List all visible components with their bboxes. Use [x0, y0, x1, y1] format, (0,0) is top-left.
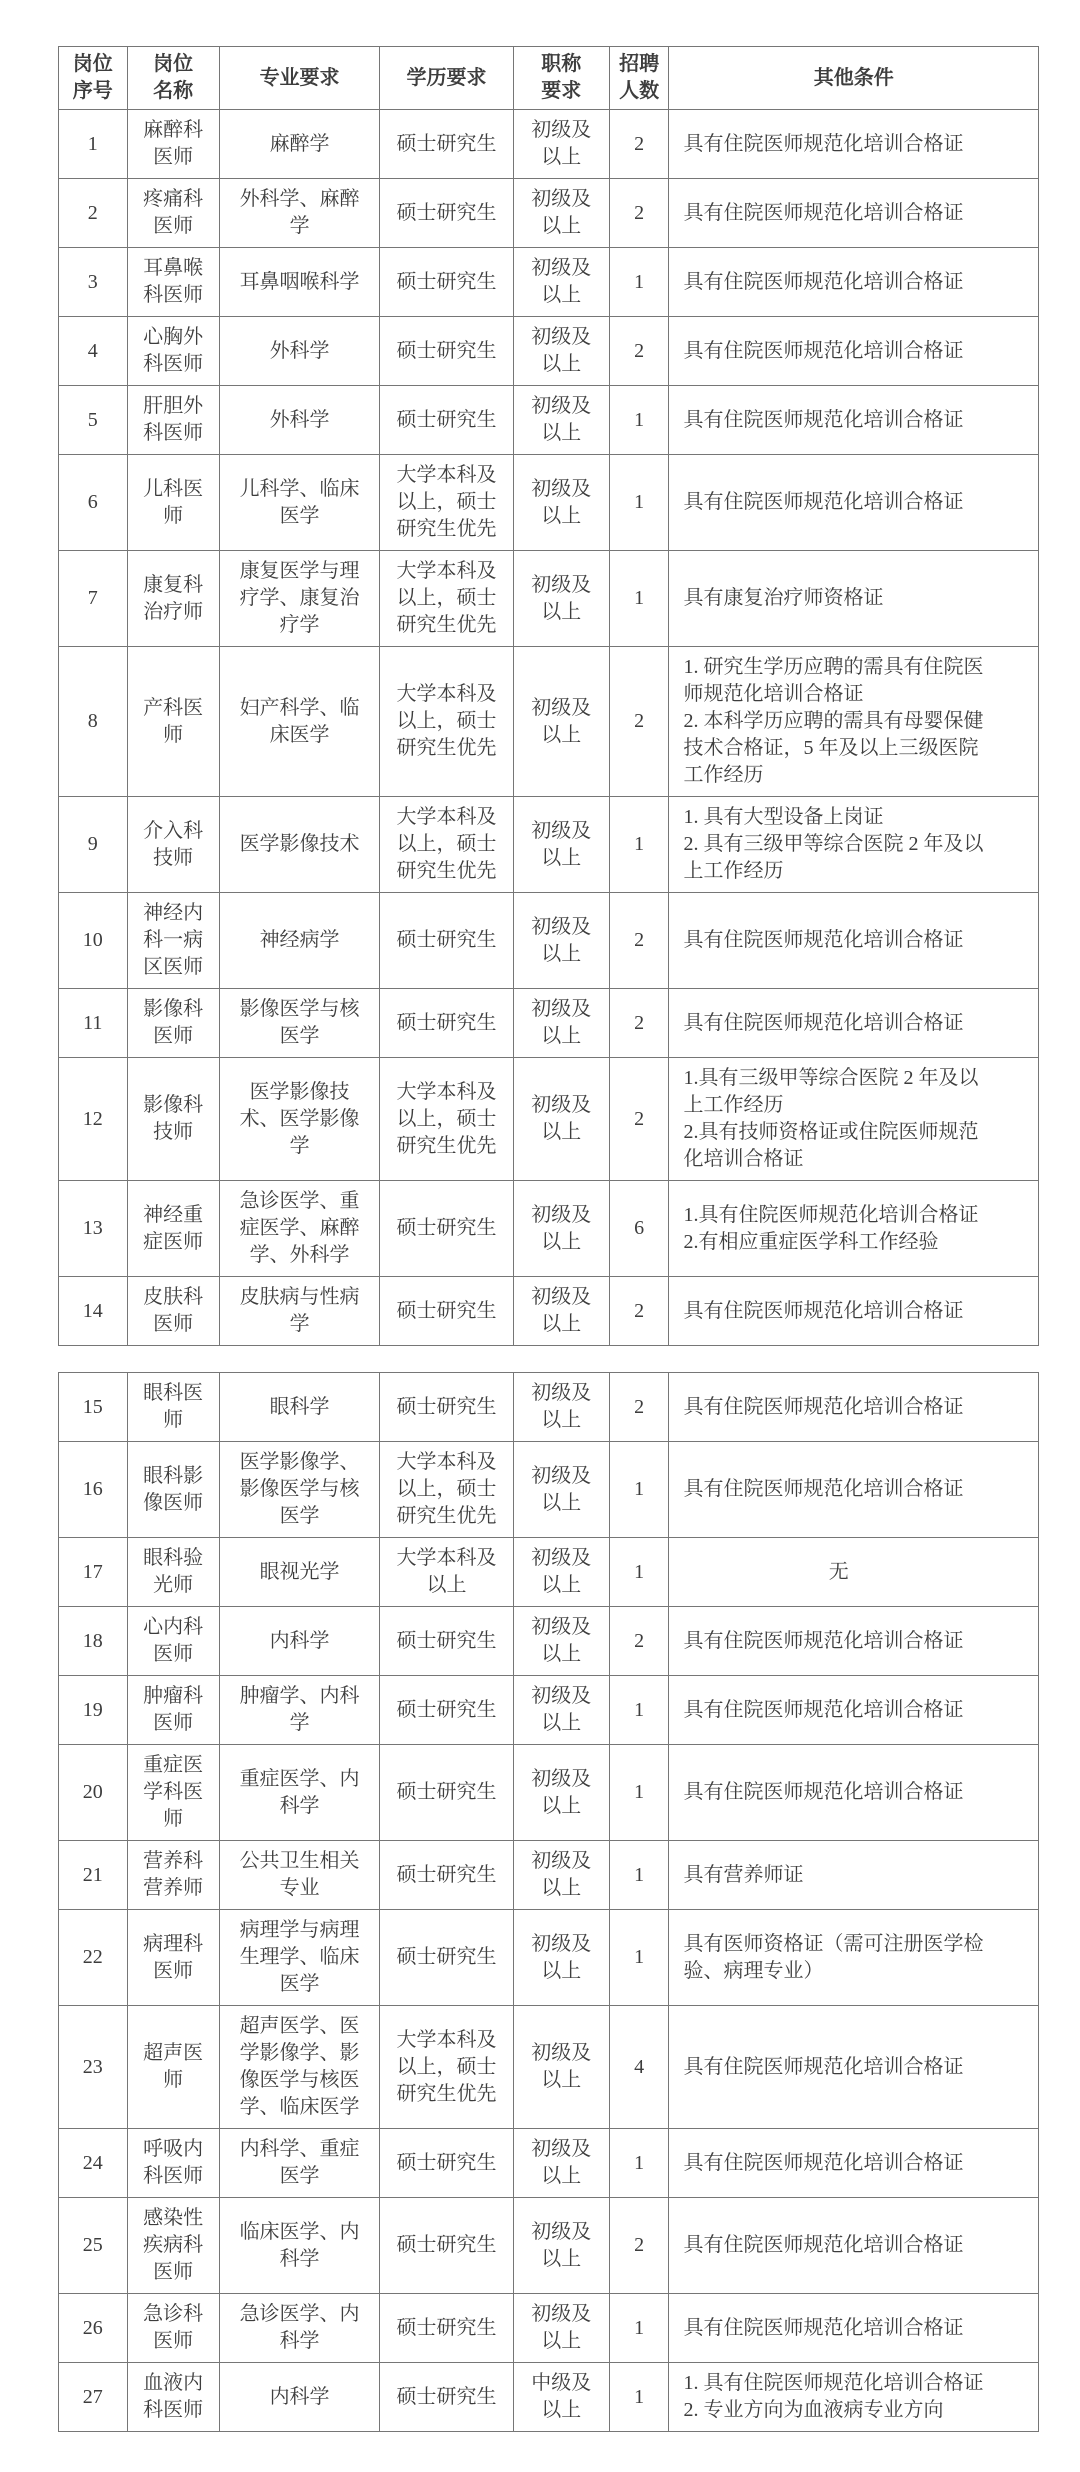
cell-education-requirement: 硕士研究生 — [380, 317, 513, 386]
cell-position-number: 7 — [59, 551, 128, 647]
cell-title-requirement: 初级及以上 — [513, 179, 609, 248]
other-condition-line: 1. 具有大型设备上岗证 — [683, 804, 994, 831]
other-condition-line: 具有住院医师规范化培训合格证 — [683, 1779, 994, 1806]
cell-recruit-count: 1 — [609, 1910, 669, 2006]
cell-other-conditions: 1. 研究生学历应聘的需具有住院医师规范化培训合格证2. 本科学历应聘的需具有母… — [669, 647, 1039, 797]
cell-recruit-count: 2 — [609, 893, 669, 989]
cell-position-name: 血液内科医师 — [127, 2363, 219, 2432]
cell-education-requirement: 硕士研究生 — [380, 1373, 513, 1442]
cell-recruit-count: 2 — [609, 1277, 669, 1346]
cell-position-number: 4 — [59, 317, 128, 386]
cell-other-conditions: 1. 具有大型设备上岗证2. 具有三级甲等综合医院 2 年及以上工作经历 — [669, 797, 1039, 893]
cell-major-requirement: 内科学 — [219, 1607, 380, 1676]
cell-major-requirement: 麻醉学 — [219, 110, 380, 179]
cell-position-name: 介入科技师 — [127, 797, 219, 893]
cell-recruit-count: 2 — [609, 1058, 669, 1181]
cell-other-conditions: 具有住院医师规范化培训合格证 — [669, 317, 1039, 386]
cell-education-requirement: 硕士研究生 — [380, 386, 513, 455]
table-row: 10神经内科一病区医师神经病学硕士研究生初级及以上2具有住院医师规范化培训合格证 — [59, 893, 1039, 989]
cell-position-name: 影像科医师 — [127, 989, 219, 1058]
header-position-number: 岗位 序号 — [59, 47, 128, 110]
cell-position-name: 康复科治疗师 — [127, 551, 219, 647]
cell-position-number: 26 — [59, 2294, 128, 2363]
cell-position-name: 肝胆外科医师 — [127, 386, 219, 455]
cell-major-requirement: 外科学 — [219, 386, 380, 455]
cell-position-name: 眼科影像医师 — [127, 1442, 219, 1538]
other-condition-line: 2.具有技师资格证或住院医师规范化培训合格证 — [683, 1119, 994, 1173]
table-row: 3耳鼻喉科医师耳鼻咽喉科学硕士研究生初级及以上1具有住院医师规范化培训合格证 — [59, 248, 1039, 317]
cell-recruit-count: 1 — [609, 455, 669, 551]
cell-position-number: 1 — [59, 110, 128, 179]
other-condition-line: 具有住院医师规范化培训合格证 — [683, 200, 994, 227]
cell-title-requirement: 初级及以上 — [513, 1841, 609, 1910]
other-condition-line: 具有住院医师规范化培训合格证 — [683, 1697, 994, 1724]
cell-recruit-count: 6 — [609, 1181, 669, 1277]
cell-education-requirement: 硕士研究生 — [380, 1607, 513, 1676]
cell-position-number: 8 — [59, 647, 128, 797]
cell-title-requirement: 初级及以上 — [513, 2006, 609, 2129]
cell-recruit-count: 2 — [609, 1373, 669, 1442]
cell-position-number: 23 — [59, 2006, 128, 2129]
cell-other-conditions: 具有住院医师规范化培训合格证 — [669, 248, 1039, 317]
cell-position-name: 眼科验光师 — [127, 1538, 219, 1607]
cell-recruit-count: 1 — [609, 1538, 669, 1607]
other-condition-line: 具有住院医师规范化培训合格证 — [683, 1394, 994, 1421]
cell-major-requirement: 神经病学 — [219, 893, 380, 989]
cell-title-requirement: 初级及以上 — [513, 1277, 609, 1346]
cell-major-requirement: 临床医学、内科学 — [219, 2198, 380, 2294]
cell-education-requirement: 硕士研究生 — [380, 110, 513, 179]
cell-major-requirement: 儿科学、临床医学 — [219, 455, 380, 551]
cell-other-conditions: 具有住院医师规范化培训合格证 — [669, 1607, 1039, 1676]
cell-position-name: 神经重症医师 — [127, 1181, 219, 1277]
cell-other-conditions: 无 — [669, 1538, 1039, 1607]
cell-education-requirement: 大学本科及以上，硕士研究生优先 — [380, 2006, 513, 2129]
cell-major-requirement: 医学影像技术 — [219, 797, 380, 893]
other-condition-line: 2.有相应重症医学科工作经验 — [683, 1229, 994, 1256]
cell-position-name: 心内科医师 — [127, 1607, 219, 1676]
header-title-requirement: 职称 要求 — [513, 47, 609, 110]
cell-major-requirement: 重症医学、内科学 — [219, 1745, 380, 1841]
cell-major-requirement: 公共卫生相关专业 — [219, 1841, 380, 1910]
other-condition-line: 具有住院医师规范化培训合格证 — [683, 2315, 994, 2342]
cell-major-requirement: 急诊医学、重症医学、麻醉学、外科学 — [219, 1181, 380, 1277]
cell-recruit-count: 1 — [609, 386, 669, 455]
other-condition-line: 1.具有三级甲等综合医院 2 年及以上工作经历 — [683, 1065, 994, 1119]
cell-education-requirement: 硕士研究生 — [380, 1676, 513, 1745]
cell-education-requirement: 硕士研究生 — [380, 1745, 513, 1841]
cell-recruit-count: 2 — [609, 989, 669, 1058]
scanned-document-page: 岗位 序号 岗位 名称 专业要求 学历要求 职称 要求 招聘 人数 其他条件 1… — [0, 0, 1080, 2472]
cell-position-name: 影像科技师 — [127, 1058, 219, 1181]
cell-recruit-count: 1 — [609, 1841, 669, 1910]
other-condition-line: 具有住院医师规范化培训合格证 — [683, 2232, 994, 2259]
cell-title-requirement: 初级及以上 — [513, 386, 609, 455]
cell-position-number: 24 — [59, 2129, 128, 2198]
other-condition-line: 具有住院医师规范化培训合格证 — [683, 2054, 994, 2081]
other-condition-line: 具有住院医师规范化培训合格证 — [683, 1010, 994, 1037]
table-row: 27血液内科医师内科学硕士研究生中级及以上11. 具有住院医师规范化培训合格证2… — [59, 2363, 1039, 2432]
other-condition-line: 具有住院医师规范化培训合格证 — [683, 131, 994, 158]
cell-position-name: 重症医学科医师 — [127, 1745, 219, 1841]
table-row: 11影像科医师影像医学与核医学硕士研究生初级及以上2具有住院医师规范化培训合格证 — [59, 989, 1039, 1058]
cell-title-requirement: 初级及以上 — [513, 455, 609, 551]
other-condition-line: 具有康复治疗师资格证 — [683, 585, 994, 612]
cell-major-requirement: 医学影像技术、医学影像学 — [219, 1058, 380, 1181]
cell-recruit-count: 1 — [609, 2363, 669, 2432]
cell-recruit-count: 2 — [609, 2198, 669, 2294]
cell-education-requirement: 大学本科及以上，硕士研究生优先 — [380, 797, 513, 893]
cell-other-conditions: 具有住院医师规范化培训合格证 — [669, 2006, 1039, 2129]
table-row: 2疼痛科医师外科学、麻醉学硕士研究生初级及以上2具有住院医师规范化培训合格证 — [59, 179, 1039, 248]
cell-position-number: 25 — [59, 2198, 128, 2294]
cell-title-requirement: 初级及以上 — [513, 647, 609, 797]
other-condition-line: 具有住院医师规范化培训合格证 — [683, 2150, 994, 2177]
cell-recruit-count: 1 — [609, 2129, 669, 2198]
cell-other-conditions: 具有住院医师规范化培训合格证 — [669, 893, 1039, 989]
cell-title-requirement: 初级及以上 — [513, 1538, 609, 1607]
cell-other-conditions: 具有营养师证 — [669, 1841, 1039, 1910]
cell-position-number: 20 — [59, 1745, 128, 1841]
other-condition-line: 无 — [683, 1559, 994, 1586]
other-condition-line: 2. 专业方向为血液病专业方向 — [683, 2397, 994, 2424]
table-row: 16眼科影像医师医学影像学、影像医学与核医学大学本科及以上，硕士研究生优先初级及… — [59, 1442, 1039, 1538]
other-condition-line: 1. 研究生学历应聘的需具有住院医师规范化培训合格证 — [683, 654, 994, 708]
cell-education-requirement: 硕士研究生 — [380, 1910, 513, 2006]
table-row: 1麻醉科医师麻醉学硕士研究生初级及以上2具有住院医师规范化培训合格证 — [59, 110, 1039, 179]
cell-position-number: 10 — [59, 893, 128, 989]
recruitment-table-part-1: 岗位 序号 岗位 名称 专业要求 学历要求 职称 要求 招聘 人数 其他条件 1… — [58, 46, 1039, 1346]
cell-education-requirement: 硕士研究生 — [380, 989, 513, 1058]
cell-position-name: 麻醉科医师 — [127, 110, 219, 179]
cell-other-conditions: 具有医师资格证（需可注册医学检验、病理专业） — [669, 1910, 1039, 2006]
header-major-requirement: 专业要求 — [219, 47, 380, 110]
cell-recruit-count: 1 — [609, 248, 669, 317]
cell-title-requirement: 初级及以上 — [513, 2129, 609, 2198]
cell-recruit-count: 1 — [609, 1676, 669, 1745]
cell-position-name: 肿瘤科医师 — [127, 1676, 219, 1745]
cell-position-name: 急诊科医师 — [127, 2294, 219, 2363]
header-row: 岗位 序号 岗位 名称 专业要求 学历要求 职称 要求 招聘 人数 其他条件 — [59, 47, 1039, 110]
cell-title-requirement: 初级及以上 — [513, 2198, 609, 2294]
cell-position-number: 17 — [59, 1538, 128, 1607]
table-row: 13神经重症医师急诊医学、重症医学、麻醉学、外科学硕士研究生初级及以上61.具有… — [59, 1181, 1039, 1277]
cell-position-number: 13 — [59, 1181, 128, 1277]
cell-recruit-count: 2 — [609, 647, 669, 797]
cell-other-conditions: 具有住院医师规范化培训合格证 — [669, 989, 1039, 1058]
cell-title-requirement: 初级及以上 — [513, 1442, 609, 1538]
cell-major-requirement: 眼科学 — [219, 1373, 380, 1442]
cell-other-conditions: 具有住院医师规范化培训合格证 — [669, 2129, 1039, 2198]
header-position-name: 岗位 名称 — [127, 47, 219, 110]
cell-position-number: 16 — [59, 1442, 128, 1538]
cell-title-requirement: 初级及以上 — [513, 1745, 609, 1841]
cell-education-requirement: 硕士研究生 — [380, 2198, 513, 2294]
cell-position-number: 2 — [59, 179, 128, 248]
cell-recruit-count: 1 — [609, 1745, 669, 1841]
cell-position-number: 18 — [59, 1607, 128, 1676]
cell-education-requirement: 大学本科及以上，硕士研究生优先 — [380, 455, 513, 551]
table-row: 21营养科营养师公共卫生相关专业硕士研究生初级及以上1具有营养师证 — [59, 1841, 1039, 1910]
other-condition-line: 具有住院医师规范化培训合格证 — [683, 269, 994, 296]
cell-other-conditions: 具有住院医师规范化培训合格证 — [669, 110, 1039, 179]
cell-title-requirement: 初级及以上 — [513, 1058, 609, 1181]
table-row: 9介入科技师医学影像技术大学本科及以上，硕士研究生优先初级及以上11. 具有大型… — [59, 797, 1039, 893]
cell-recruit-count: 2 — [609, 110, 669, 179]
table-row: 6儿科医师儿科学、临床医学大学本科及以上，硕士研究生优先初级及以上1具有住院医师… — [59, 455, 1039, 551]
cell-position-name: 神经内科一病区医师 — [127, 893, 219, 989]
cell-position-number: 9 — [59, 797, 128, 893]
cell-title-requirement: 初级及以上 — [513, 317, 609, 386]
cell-other-conditions: 具有住院医师规范化培训合格证 — [669, 1676, 1039, 1745]
cell-title-requirement: 初级及以上 — [513, 989, 609, 1058]
cell-position-number: 12 — [59, 1058, 128, 1181]
cell-education-requirement: 硕士研究生 — [380, 248, 513, 317]
table-row: 7康复科治疗师康复医学与理疗学、康复治疗学大学本科及以上，硕士研究生优先初级及以… — [59, 551, 1039, 647]
cell-recruit-count: 1 — [609, 551, 669, 647]
cell-major-requirement: 康复医学与理疗学、康复治疗学 — [219, 551, 380, 647]
other-condition-line: 具有住院医师规范化培训合格证 — [683, 489, 994, 516]
table-row: 18心内科医师内科学硕士研究生初级及以上2具有住院医师规范化培训合格证 — [59, 1607, 1039, 1676]
cell-position-number: 22 — [59, 1910, 128, 2006]
cell-major-requirement: 内科学、重症医学 — [219, 2129, 380, 2198]
cell-position-number: 6 — [59, 455, 128, 551]
header-education-requirement: 学历要求 — [380, 47, 513, 110]
cell-recruit-count: 2 — [609, 317, 669, 386]
cell-position-number: 15 — [59, 1373, 128, 1442]
cell-major-requirement: 皮肤病与性病学 — [219, 1277, 380, 1346]
cell-position-number: 19 — [59, 1676, 128, 1745]
cell-title-requirement: 初级及以上 — [513, 1676, 609, 1745]
cell-major-requirement: 妇产科学、临床医学 — [219, 647, 380, 797]
cell-title-requirement: 初级及以上 — [513, 893, 609, 989]
cell-education-requirement: 大学本科及以上，硕士研究生优先 — [380, 1058, 513, 1181]
cell-major-requirement: 急诊医学、内科学 — [219, 2294, 380, 2363]
cell-other-conditions: 具有康复治疗师资格证 — [669, 551, 1039, 647]
cell-major-requirement: 外科学、麻醉学 — [219, 179, 380, 248]
table-row: 26急诊科医师急诊医学、内科学硕士研究生初级及以上1具有住院医师规范化培训合格证 — [59, 2294, 1039, 2363]
cell-position-number: 14 — [59, 1277, 128, 1346]
recruitment-table-part-2: 15眼科医师眼科学硕士研究生初级及以上2具有住院医师规范化培训合格证16眼科影像… — [58, 1372, 1039, 2432]
cell-position-name: 儿科医师 — [127, 455, 219, 551]
cell-other-conditions: 具有住院医师规范化培训合格证 — [669, 1277, 1039, 1346]
table-row: 5肝胆外科医师外科学硕士研究生初级及以上1具有住院医师规范化培训合格证 — [59, 386, 1039, 455]
cell-major-requirement: 外科学 — [219, 317, 380, 386]
cell-other-conditions: 具有住院医师规范化培训合格证 — [669, 2198, 1039, 2294]
cell-recruit-count: 2 — [609, 1607, 669, 1676]
cell-recruit-count: 1 — [609, 797, 669, 893]
cell-title-requirement: 初级及以上 — [513, 248, 609, 317]
cell-education-requirement: 大学本科及以上，硕士研究生优先 — [380, 1442, 513, 1538]
cell-title-requirement: 初级及以上 — [513, 2294, 609, 2363]
cell-position-name: 营养科营养师 — [127, 1841, 219, 1910]
cell-major-requirement: 肿瘤学、内科学 — [219, 1676, 380, 1745]
cell-title-requirement: 初级及以上 — [513, 1181, 609, 1277]
cell-position-number: 3 — [59, 248, 128, 317]
cell-education-requirement: 硕士研究生 — [380, 1841, 513, 1910]
cell-other-conditions: 具有住院医师规范化培训合格证 — [669, 386, 1039, 455]
cell-major-requirement: 内科学 — [219, 2363, 380, 2432]
cell-education-requirement: 硕士研究生 — [380, 1181, 513, 1277]
cell-other-conditions: 具有住院医师规范化培训合格证 — [669, 1373, 1039, 1442]
other-condition-line: 2. 本科学历应聘的需具有母婴保健技术合格证，5 年及以上三级医院工作经历 — [683, 708, 994, 789]
cell-other-conditions: 具有住院医师规范化培训合格证 — [669, 1442, 1039, 1538]
cell-position-number: 21 — [59, 1841, 128, 1910]
cell-title-requirement: 初级及以上 — [513, 1373, 609, 1442]
other-condition-line: 1. 具有住院医师规范化培训合格证 — [683, 2370, 994, 2397]
cell-position-number: 11 — [59, 989, 128, 1058]
cell-major-requirement: 眼视光学 — [219, 1538, 380, 1607]
table-row: 19肿瘤科医师肿瘤学、内科学硕士研究生初级及以上1具有住院医师规范化培训合格证 — [59, 1676, 1039, 1745]
cell-education-requirement: 硕士研究生 — [380, 2294, 513, 2363]
other-condition-line: 具有住院医师规范化培训合格证 — [683, 338, 994, 365]
table-row: 23超声医师超声医学、医学影像学、影像医学与核医学、临床医学大学本科及以上，硕士… — [59, 2006, 1039, 2129]
table-row: 4心胸外科医师外科学硕士研究生初级及以上2具有住院医师规范化培训合格证 — [59, 317, 1039, 386]
cell-education-requirement: 硕士研究生 — [380, 179, 513, 248]
table-row: 22病理科医师病理学与病理生理学、临床医学硕士研究生初级及以上1具有医师资格证（… — [59, 1910, 1039, 2006]
cell-other-conditions: 具有住院医师规范化培训合格证 — [669, 179, 1039, 248]
cell-other-conditions: 1. 具有住院医师规范化培训合格证2. 专业方向为血液病专业方向 — [669, 2363, 1039, 2432]
cell-title-requirement: 初级及以上 — [513, 797, 609, 893]
cell-position-name: 产科医师 — [127, 647, 219, 797]
cell-position-name: 呼吸内科医师 — [127, 2129, 219, 2198]
other-condition-line: 具有医师资格证（需可注册医学检验、病理专业） — [683, 1931, 994, 1985]
cell-position-number: 5 — [59, 386, 128, 455]
other-condition-line: 具有住院医师规范化培训合格证 — [683, 927, 994, 954]
cell-recruit-count: 4 — [609, 2006, 669, 2129]
cell-recruit-count: 2 — [609, 179, 669, 248]
cell-recruit-count: 1 — [609, 1442, 669, 1538]
table-row: 12影像科技师医学影像技术、医学影像学大学本科及以上，硕士研究生优先初级及以上2… — [59, 1058, 1039, 1181]
cell-title-requirement: 初级及以上 — [513, 1607, 609, 1676]
cell-position-name: 心胸外科医师 — [127, 317, 219, 386]
table-row: 8产科医师妇产科学、临床医学大学本科及以上，硕士研究生优先初级及以上21. 研究… — [59, 647, 1039, 797]
cell-position-name: 病理科医师 — [127, 1910, 219, 2006]
cell-other-conditions: 1.具有住院医师规范化培训合格证2.有相应重症医学科工作经验 — [669, 1181, 1039, 1277]
cell-major-requirement: 医学影像学、影像医学与核医学 — [219, 1442, 380, 1538]
cell-title-requirement: 初级及以上 — [513, 551, 609, 647]
cell-position-number: 27 — [59, 2363, 128, 2432]
table-row: 25感染性疾病科医师临床医学、内科学硕士研究生初级及以上2具有住院医师规范化培训… — [59, 2198, 1039, 2294]
cell-title-requirement: 初级及以上 — [513, 1910, 609, 2006]
table-row: 20重症医学科医师重症医学、内科学硕士研究生初级及以上1具有住院医师规范化培训合… — [59, 1745, 1039, 1841]
header-other-conditions: 其他条件 — [669, 47, 1039, 110]
cell-other-conditions: 具有住院医师规范化培训合格证 — [669, 1745, 1039, 1841]
table-row: 24呼吸内科医师内科学、重症医学硕士研究生初级及以上1具有住院医师规范化培训合格… — [59, 2129, 1039, 2198]
cell-position-name: 皮肤科医师 — [127, 1277, 219, 1346]
header-recruit-count: 招聘 人数 — [609, 47, 669, 110]
cell-other-conditions: 具有住院医师规范化培训合格证 — [669, 2294, 1039, 2363]
cell-position-name: 疼痛科医师 — [127, 179, 219, 248]
other-condition-line: 1.具有住院医师规范化培训合格证 — [683, 1202, 994, 1229]
cell-education-requirement: 大学本科及以上 — [380, 1538, 513, 1607]
other-condition-line: 具有营养师证 — [683, 1862, 994, 1889]
cell-major-requirement: 影像医学与核医学 — [219, 989, 380, 1058]
other-condition-line: 具有住院医师规范化培训合格证 — [683, 1476, 994, 1503]
cell-position-name: 感染性疾病科医师 — [127, 2198, 219, 2294]
cell-major-requirement: 耳鼻咽喉科学 — [219, 248, 380, 317]
cell-education-requirement: 硕士研究生 — [380, 1277, 513, 1346]
other-condition-line: 具有住院医师规范化培训合格证 — [683, 1298, 994, 1325]
cell-position-name: 眼科医师 — [127, 1373, 219, 1442]
cell-position-name: 超声医师 — [127, 2006, 219, 2129]
cell-recruit-count: 1 — [609, 2294, 669, 2363]
table-row: 14皮肤科医师皮肤病与性病学硕士研究生初级及以上2具有住院医师规范化培训合格证 — [59, 1277, 1039, 1346]
cell-education-requirement: 大学本科及以上，硕士研究生优先 — [380, 647, 513, 797]
cell-title-requirement: 中级及以上 — [513, 2363, 609, 2432]
cell-education-requirement: 大学本科及以上，硕士研究生优先 — [380, 551, 513, 647]
cell-education-requirement: 硕士研究生 — [380, 893, 513, 989]
other-condition-line: 具有住院医师规范化培训合格证 — [683, 407, 994, 434]
cell-education-requirement: 硕士研究生 — [380, 2129, 513, 2198]
cell-other-conditions: 1.具有三级甲等综合医院 2 年及以上工作经历2.具有技师资格证或住院医师规范化… — [669, 1058, 1039, 1181]
cell-major-requirement: 病理学与病理生理学、临床医学 — [219, 1910, 380, 2006]
cell-education-requirement: 硕士研究生 — [380, 2363, 513, 2432]
other-condition-line: 2. 具有三级甲等综合医院 2 年及以上工作经历 — [683, 831, 994, 885]
table-row: 15眼科医师眼科学硕士研究生初级及以上2具有住院医师规范化培训合格证 — [59, 1373, 1039, 1442]
cell-other-conditions: 具有住院医师规范化培训合格证 — [669, 455, 1039, 551]
table-row: 17眼科验光师眼视光学大学本科及以上初级及以上1无 — [59, 1538, 1039, 1607]
other-condition-line: 具有住院医师规范化培训合格证 — [683, 1628, 994, 1655]
cell-position-name: 耳鼻喉科医师 — [127, 248, 219, 317]
cell-major-requirement: 超声医学、医学影像学、影像医学与核医学、临床医学 — [219, 2006, 380, 2129]
cell-title-requirement: 初级及以上 — [513, 110, 609, 179]
